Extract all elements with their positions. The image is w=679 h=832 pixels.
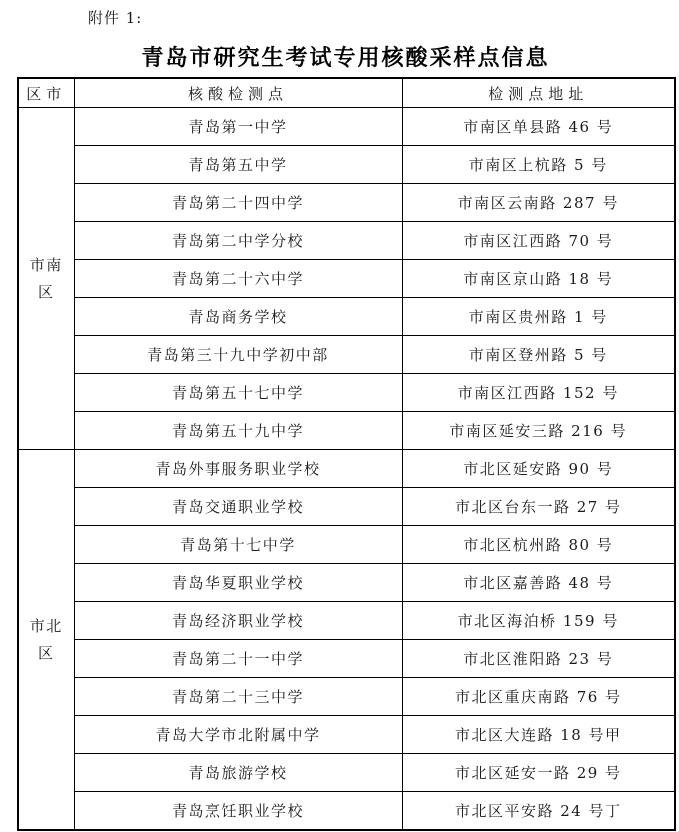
site-cell: 青岛第五十七中学 <box>74 374 402 412</box>
site-cell: 青岛烹饪职业学校 <box>74 792 402 831</box>
site-cell: 青岛第五中学 <box>74 146 402 184</box>
address-cell: 市南区京山路 18 号 <box>402 260 675 298</box>
table-row: 青岛烹饪职业学校 市北区平安路 24 号丁 <box>18 792 675 831</box>
table-row: 市北区 青岛外事服务职业学校 市北区延安路 90 号 <box>18 450 675 488</box>
table-row: 青岛第二十一中学 市北区淮阳路 23 号 <box>18 640 675 678</box>
address-cell: 市北区台东一路 27 号 <box>402 488 675 526</box>
site-cell: 青岛第二十一中学 <box>74 640 402 678</box>
address-cell: 市南区江西路 152 号 <box>402 374 675 412</box>
site-cell: 青岛第二十三中学 <box>74 678 402 716</box>
district-label: 市北区 <box>28 613 65 667</box>
table-row: 市南区 青岛第一中学 市南区单县路 46 号 <box>18 108 675 146</box>
address-cell: 市南区贵州路 1 号 <box>402 298 675 336</box>
site-cell: 青岛第五十九中学 <box>74 412 402 450</box>
site-cell: 青岛旅游学校 <box>74 754 402 792</box>
table-row: 青岛大学市北附属中学 市北区大连路 18 号甲 <box>18 716 675 754</box>
table-row: 青岛商务学校 市南区贵州路 1 号 <box>18 298 675 336</box>
address-cell: 市北区平安路 24 号丁 <box>402 792 675 831</box>
site-cell: 青岛第二十六中学 <box>74 260 402 298</box>
address-cell: 市北区嘉善路 48 号 <box>402 564 675 602</box>
district-label: 市南区 <box>28 252 65 306</box>
district-cell-shinan: 市南区 <box>18 108 74 450</box>
table-row: 青岛交通职业学校 市北区台东一路 27 号 <box>18 488 675 526</box>
site-cell: 青岛华夏职业学校 <box>74 564 402 602</box>
site-cell: 青岛商务学校 <box>74 298 402 336</box>
table-row: 青岛第二中学分校 市南区江西路 70 号 <box>18 222 675 260</box>
table-row: 青岛第三十九中学初中部 市南区登州路 5 号 <box>18 336 675 374</box>
table-row: 青岛旅游学校 市北区延安一路 29 号 <box>18 754 675 792</box>
table-row: 青岛第二十三中学 市北区重庆南路 76 号 <box>18 678 675 716</box>
address-cell: 市北区延安路 90 号 <box>402 450 675 488</box>
document-page: 附件 1: 青岛市研究生考试专用核酸采样点信息 区市 核酸检测点 检测点地址 市… <box>17 0 674 831</box>
site-cell: 青岛第二中学分校 <box>74 222 402 260</box>
address-cell: 市南区登州路 5 号 <box>402 336 675 374</box>
table-row: 青岛华夏职业学校 市北区嘉善路 48 号 <box>18 564 675 602</box>
site-cell: 青岛大学市北附属中学 <box>74 716 402 754</box>
site-cell: 青岛交通职业学校 <box>74 488 402 526</box>
address-cell: 市南区云南路 287 号 <box>402 184 675 222</box>
table-row: 青岛第十七中学 市北区杭州路 80 号 <box>18 526 675 564</box>
address-cell: 市北区延安一路 29 号 <box>402 754 675 792</box>
address-cell: 市南区延安三路 216 号 <box>402 412 675 450</box>
table-row: 青岛经济职业学校 市北区海泊桥 159 号 <box>18 602 675 640</box>
page-title: 青岛市研究生考试专用核酸采样点信息 <box>17 41 674 72</box>
address-cell: 市南区上杭路 5 号 <box>402 146 675 184</box>
address-cell: 市南区单县路 46 号 <box>402 108 675 146</box>
table-row: 青岛第五中学 市南区上杭路 5 号 <box>18 146 675 184</box>
sampling-points-table: 区市 核酸检测点 检测点地址 市南区 青岛第一中学 市南区单县路 46 号 青岛… <box>17 77 676 831</box>
address-cell: 市南区江西路 70 号 <box>402 222 675 260</box>
header-district: 区市 <box>18 78 74 108</box>
address-cell: 市北区海泊桥 159 号 <box>402 602 675 640</box>
table-row: 青岛第五十九中学 市南区延安三路 216 号 <box>18 412 675 450</box>
header-address: 检测点地址 <box>402 78 675 108</box>
table-row: 青岛第五十七中学 市南区江西路 152 号 <box>18 374 675 412</box>
attachment-label: 附件 1: <box>88 0 674 28</box>
site-cell: 青岛经济职业学校 <box>74 602 402 640</box>
table-header-row: 区市 核酸检测点 检测点地址 <box>18 78 675 108</box>
site-cell: 青岛第三十九中学初中部 <box>74 336 402 374</box>
address-cell: 市北区杭州路 80 号 <box>402 526 675 564</box>
table-row: 青岛第二十六中学 市南区京山路 18 号 <box>18 260 675 298</box>
site-cell: 青岛第十七中学 <box>74 526 402 564</box>
header-site: 核酸检测点 <box>74 78 402 108</box>
site-cell: 青岛外事服务职业学校 <box>74 450 402 488</box>
address-cell: 市北区重庆南路 76 号 <box>402 678 675 716</box>
address-cell: 市北区大连路 18 号甲 <box>402 716 675 754</box>
site-cell: 青岛第一中学 <box>74 108 402 146</box>
district-cell-shibei: 市北区 <box>18 450 74 831</box>
table-row: 青岛第二十四中学 市南区云南路 287 号 <box>18 184 675 222</box>
site-cell: 青岛第二十四中学 <box>74 184 402 222</box>
address-cell: 市北区淮阳路 23 号 <box>402 640 675 678</box>
